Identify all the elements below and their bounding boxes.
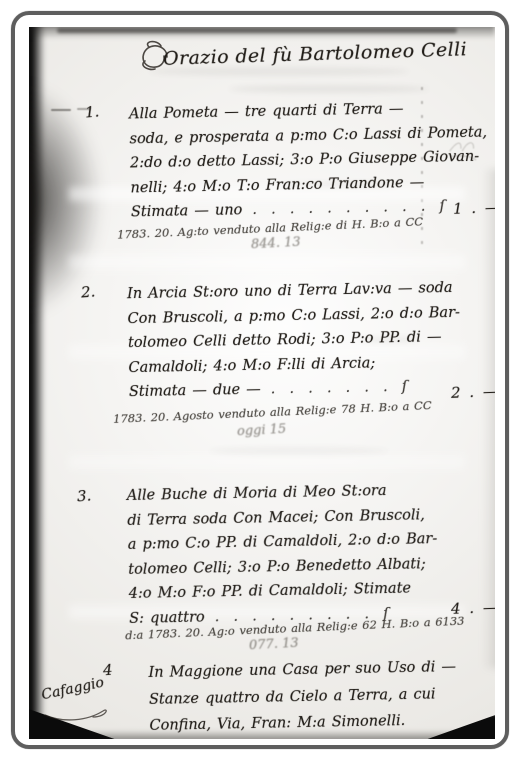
estimate-line: Stimata — uno bbox=[131, 202, 243, 220]
entry-3-sale-ref: 077. 13 bbox=[249, 636, 299, 654]
entry-4-margin-label: Cafaggio bbox=[40, 675, 105, 704]
entry-2-number: 2. bbox=[80, 283, 96, 302]
leader-dots: . . . . . . . ſ bbox=[271, 379, 412, 398]
entry-2-text: In Arcia St:oro uno di Terra Lav:va — so… bbox=[127, 276, 462, 405]
entry-4-text: In Maggione una Casa per suo Uso di — St… bbox=[148, 654, 457, 739]
entry-1-number: 1. bbox=[84, 103, 100, 122]
top-dark-streak bbox=[57, 28, 457, 33]
margin-label-flourish-icon bbox=[43, 705, 113, 723]
entry-1-value: 1 . — bbox=[453, 198, 495, 218]
entry-1-text: Alla Pometa — tre quarti di Terra — soda… bbox=[129, 96, 489, 225]
entry-3-text: Alle Buche di Moria di Meo St:ora di Ter… bbox=[127, 478, 439, 631]
manuscript-page: Orazio del fù Bartolomeo Celli 1. Alla P… bbox=[29, 27, 495, 739]
entry-line: Confina, Via, Fran: M:a Simonelli. bbox=[149, 707, 457, 739]
entry-3-number: 3. bbox=[76, 487, 92, 506]
stray-mark bbox=[51, 109, 71, 111]
entry-4-number: 4 bbox=[102, 661, 113, 680]
scanned-manuscript-screenshot: Orazio del fù Bartolomeo Celli 1. Alla P… bbox=[0, 0, 520, 760]
bleedthrough-smudge bbox=[209, 447, 389, 455]
estimate-line: Stimata — due — bbox=[129, 382, 261, 401]
page-title: Orazio del fù Bartolomeo Celli bbox=[163, 38, 468, 70]
right-edge-shading bbox=[483, 169, 495, 667]
entry-1-sale-ref: 844. 13 bbox=[251, 235, 301, 253]
entry-2-value: 2 . — bbox=[451, 382, 495, 402]
overexposed-streak bbox=[69, 255, 465, 269]
entry-2-sale-ref: oggi 15 bbox=[237, 422, 287, 440]
overexposed-streak bbox=[69, 455, 465, 469]
estimate-line: S: quattro bbox=[129, 609, 205, 626]
bleedthrough-smudge bbox=[229, 85, 429, 93]
